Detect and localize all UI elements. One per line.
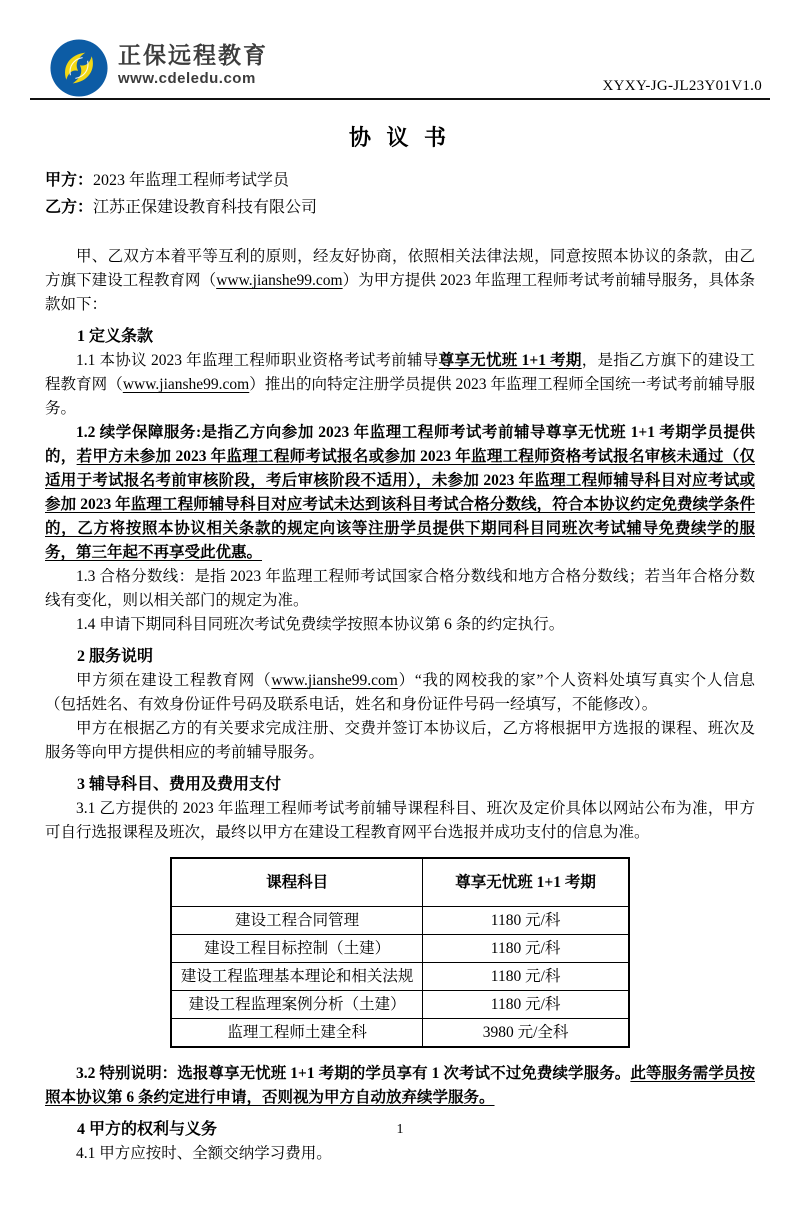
- section-2-heading: 2 服务说明: [45, 645, 755, 669]
- page-number: 1: [0, 1122, 800, 1138]
- party-b-value: 江苏正保建设教育科技有限公司: [93, 199, 317, 216]
- clause-1-4: 1.4 申请下期同科目同班次考试免费续学按照本协议第 6 条的约定执行。: [45, 613, 755, 637]
- party-b-line: 乙方：江苏正保建设教育科技有限公司: [45, 194, 755, 221]
- table-row: 建设工程监理案例分析（土建）1180 元/科: [171, 991, 629, 1019]
- table-cell: 建设工程监理案例分析（土建）: [171, 991, 423, 1019]
- text-run: 尊享无忧班 1+1 考期: [439, 352, 582, 369]
- table-cell: 建设工程合同管理: [171, 907, 423, 935]
- table-cell: 3980 元/全科: [423, 1019, 629, 1048]
- document-code: XYXY-JG-JL23Y01V1.0: [603, 78, 762, 95]
- clause-2-1: 甲方须在建设工程教育网（www.jianshe99.com）“我的网校我的家”个…: [45, 669, 755, 717]
- table-cell: 建设工程监理基本理论和相关法规: [171, 963, 423, 991]
- inline-link[interactable]: www.jianshe99.com: [271, 672, 397, 689]
- document-header: 正保远程教育 www.cdeledu.com XYXY-JG-JL23Y01V1…: [30, 0, 770, 100]
- brand-logo-icon: [50, 39, 108, 97]
- price-table: 课程科目尊享无忧班 1+1 考期建设工程合同管理1180 元/科建设工程目标控制…: [170, 857, 630, 1048]
- page-title: 协 议 书: [45, 123, 755, 153]
- table-header-row: 课程科目尊享无忧班 1+1 考期: [171, 858, 629, 907]
- party-a-value: 2023 年监理工程师考试学员: [93, 172, 289, 189]
- table-cell: 1180 元/科: [423, 907, 629, 935]
- parties-block: 甲方：2023 年监理工程师考试学员 乙方：江苏正保建设教育科技有限公司: [45, 167, 755, 221]
- clause-1-2: 1.2 续学保障服务:是指乙方向参加 2023 年监理工程师考试考前辅导尊享无忧…: [45, 421, 755, 565]
- clause-3-1: 3.1 乙方提供的 2023 年监理工程师考试考前辅导课程科目、班次及定价具体以…: [45, 797, 755, 845]
- document-page: 正保远程教育 www.cdeledu.com XYXY-JG-JL23Y01V1…: [0, 0, 800, 1211]
- clause-1-1: 1.1 本协议 2023 年监理工程师职业资格考试考前辅导尊享无忧班 1+1 考…: [45, 349, 755, 421]
- text-run: 若甲方未参加 2023 年监理工程师考试报名或参加 2023 年监理工程师资格考…: [45, 448, 755, 561]
- clause-1-3: 1.3 合格分数线：是指 2023 年监理工程师考试国家合格分数线和地方合格分数…: [45, 565, 755, 613]
- section-3-heading: 3 辅导科目、费用及费用支付: [45, 773, 755, 797]
- table-row: 建设工程监理基本理论和相关法规1180 元/科: [171, 963, 629, 991]
- table-cell: 1180 元/科: [423, 935, 629, 963]
- table-cell: 监理工程师土建全科: [171, 1019, 423, 1048]
- brand-block: 正保远程教育 www.cdeledu.com: [118, 42, 268, 89]
- document-body: 甲、乙双方本着平等互利的原则，经友好协商，依照相关法律法规，同意按照本协议的条款…: [45, 245, 755, 1166]
- party-a-line: 甲方：2023 年监理工程师考试学员: [45, 167, 755, 194]
- intro-paragraph: 甲、乙双方本着平等互利的原则，经友好协商，依照相关法律法规，同意按照本协议的条款…: [45, 245, 755, 317]
- party-a-label: 甲方：: [45, 172, 93, 189]
- table-row: 监理工程师土建全科3980 元/全科: [171, 1019, 629, 1048]
- party-b-label: 乙方：: [45, 199, 93, 216]
- table-cell: 建设工程目标控制（土建）: [171, 935, 423, 963]
- clause-2-2: 甲方在根据乙方的有关要求完成注册、交费并签订本协议后，乙方将根据甲方选报的课程、…: [45, 717, 755, 765]
- inline-link[interactable]: www.jianshe99.com: [216, 272, 342, 289]
- table-header-cell: 尊享无忧班 1+1 考期: [423, 858, 629, 907]
- clause-3-2: 3.2 特别说明：选报尊享无忧班 1+1 考期的学员享有 1 次考试不过免费续学…: [45, 1062, 755, 1110]
- table-cell: 1180 元/科: [423, 963, 629, 991]
- brand-name: 正保远程教育: [118, 42, 268, 69]
- table-header-cell: 课程科目: [171, 858, 423, 907]
- text-run: 3.2 特别说明：选报尊享无忧班 1+1 考期的学员享有 1 次考试不过免费续学…: [76, 1065, 630, 1082]
- clause-4-1: 4.1 甲方应按时、全额交纳学习费用。: [45, 1142, 755, 1166]
- table-cell: 1180 元/科: [423, 991, 629, 1019]
- brand-website: www.cdeledu.com: [118, 69, 268, 89]
- table-row: 建设工程目标控制（土建）1180 元/科: [171, 935, 629, 963]
- section-1-heading: 1 定义条款: [45, 325, 755, 349]
- text-run: 1.1 本协议 2023 年监理工程师职业资格考试考前辅导: [76, 352, 439, 369]
- text-run: 甲方须在建设工程教育网（: [76, 672, 271, 689]
- table-row: 建设工程合同管理1180 元/科: [171, 907, 629, 935]
- inline-link[interactable]: www.jianshe99.com: [123, 376, 249, 393]
